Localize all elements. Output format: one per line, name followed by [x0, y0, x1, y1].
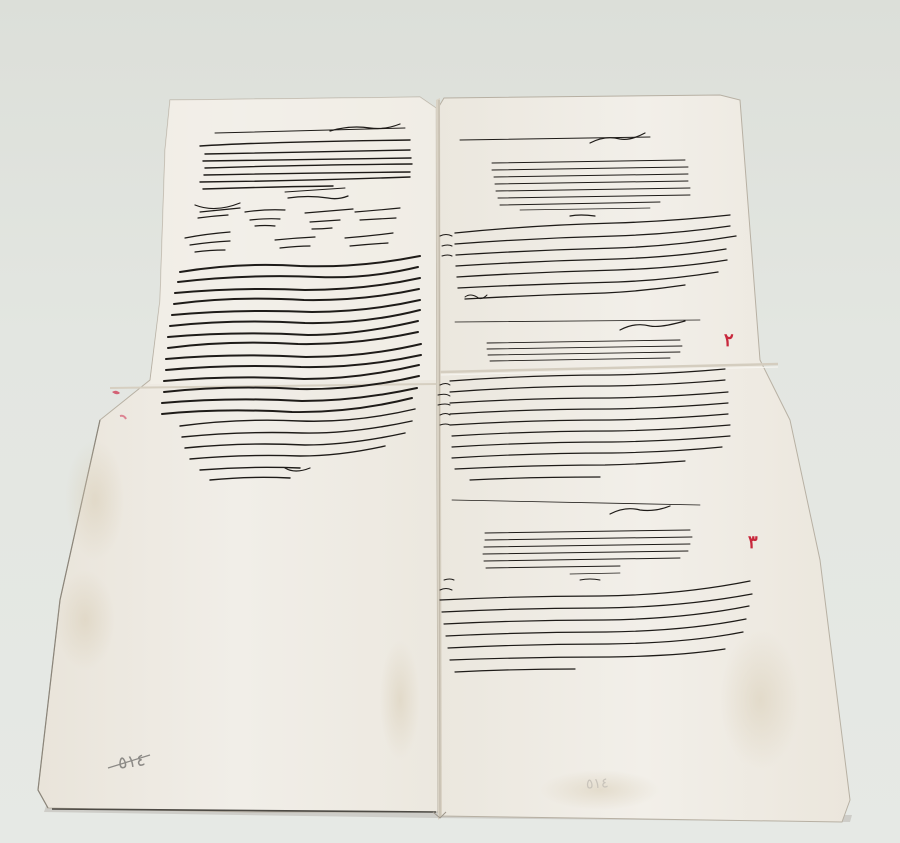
red-section-marker-3: ٣	[748, 532, 758, 553]
pencil-catalog-number-faint: ٥١٤	[585, 775, 609, 793]
right-page	[438, 95, 850, 822]
manuscript-illustration	[0, 0, 900, 843]
red-section-marker-2: ٢	[724, 330, 734, 351]
pencil-catalog-number: ٥١٤	[117, 750, 147, 774]
photo-scene: ٥١٤ ٥١٤ ٢ ٣ Folded two-page handwritten …	[0, 0, 900, 843]
